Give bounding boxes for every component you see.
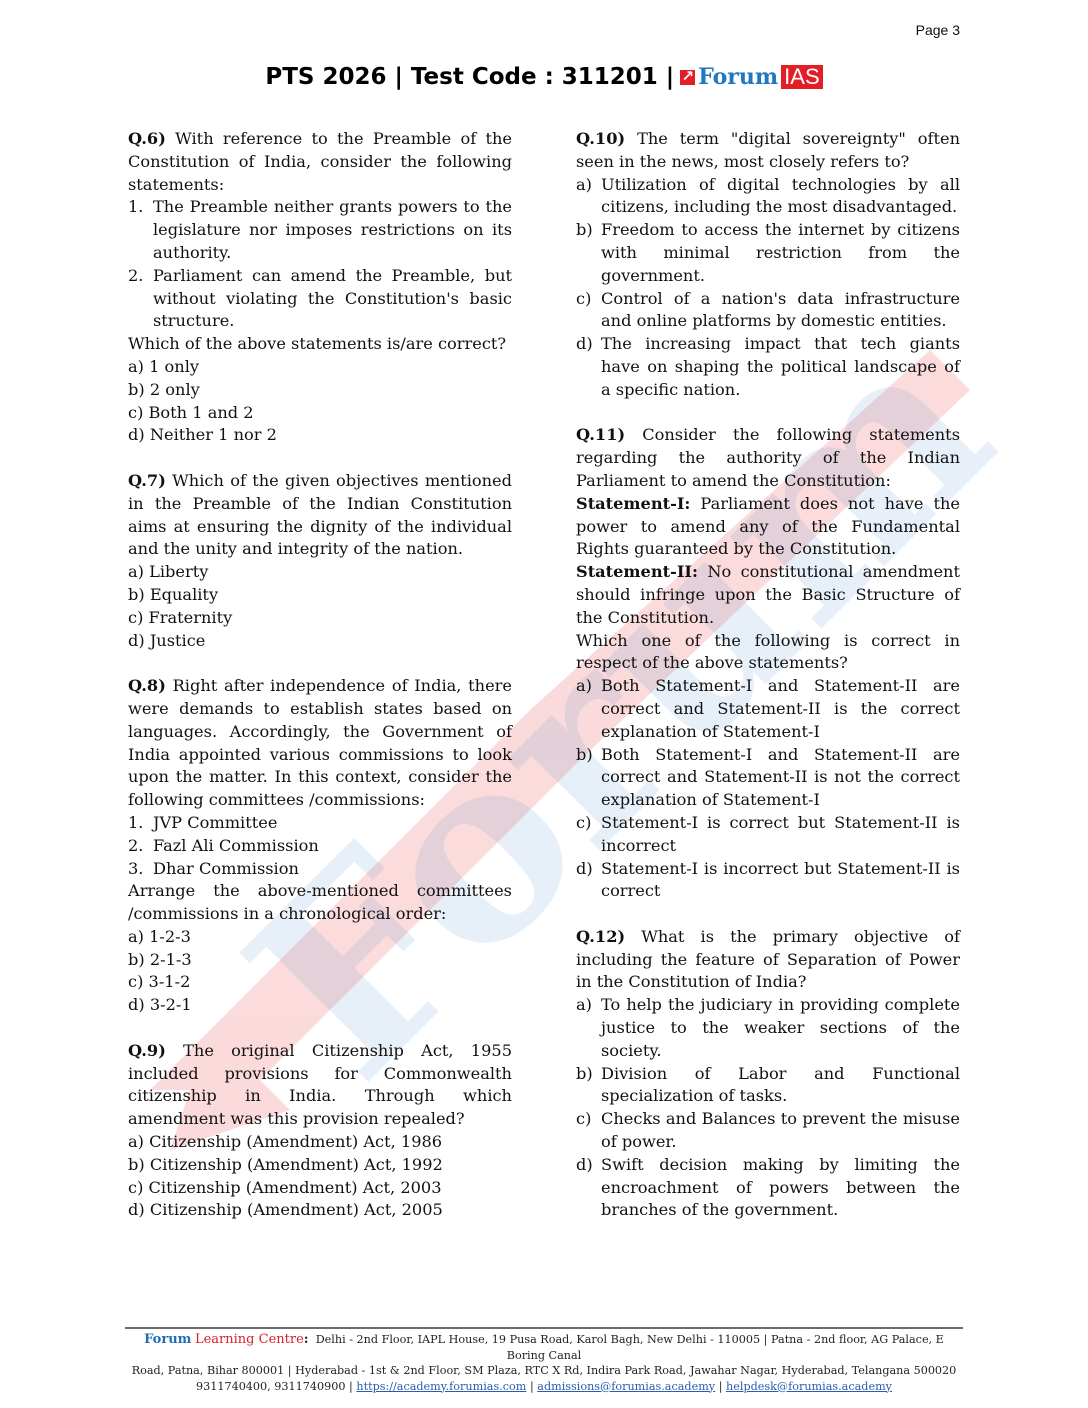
question-stem: Consider the following statements regard…	[576, 425, 960, 490]
statement-item: 2.Fazl Ali Commission	[128, 835, 512, 858]
option-d: d) 3-2-1	[128, 994, 512, 1017]
question-8: Q.8) Right after independence of India, …	[128, 675, 512, 1017]
option-a: a) 1 only	[128, 356, 512, 379]
test-title: PTS 2026 | Test Code : 311201 |	[265, 64, 674, 90]
option-d: d)Statement-I is incorrect but Statement…	[576, 858, 960, 904]
option-b: b)Division of Labor and Functional speci…	[576, 1063, 960, 1109]
option-d: d) Justice	[128, 630, 512, 653]
question-stem: The term "digital sovereignty" often see…	[576, 129, 960, 171]
helpdesk-email-link[interactable]: helpdesk@forumias.academy	[726, 1380, 892, 1393]
question-stem: Right after independence of India, there…	[128, 676, 512, 809]
question-7: Q.7) Which of the given objectives menti…	[128, 470, 512, 652]
statement-item: 3.Dhar Commission	[128, 858, 512, 881]
option-d: d)The increasing impact that tech giants…	[576, 333, 960, 401]
statement-item: 1.JVP Committee	[128, 812, 512, 835]
question-prompt: Which of the above statements is/are cor…	[128, 333, 512, 356]
option-b: b) 2-1-3	[128, 949, 512, 972]
option-c: c) Citizenship (Amendment) Act, 2003	[128, 1177, 512, 1200]
option-c: c)Control of a nation's data infrastruct…	[576, 288, 960, 334]
question-10: Q.10) The term "digital sovereignty" oft…	[576, 128, 960, 402]
forumias-logo: ForumIAS	[680, 64, 822, 90]
footer-phones: 9311740400, 9311740900	[196, 1380, 345, 1393]
logo-forum-text: Forum	[698, 64, 778, 90]
footer-address: Forum Learning Centre: Delhi - 2nd Floor…	[125, 1332, 963, 1394]
option-a: a) 1-2-3	[128, 926, 512, 949]
option-c: c) Both 1 and 2	[128, 402, 512, 425]
statement-item: 1.The Preamble neither grants powers to …	[128, 196, 512, 264]
option-c: c) Fraternity	[128, 607, 512, 630]
question-number: Q.7)	[128, 471, 166, 490]
option-a: a) Citizenship (Amendment) Act, 1986	[128, 1131, 512, 1154]
option-a: a)To help the judiciary in providing com…	[576, 994, 960, 1062]
statement-1: Statement-I: Parliament does not have th…	[576, 493, 960, 561]
option-b: b) Citizenship (Amendment) Act, 1992	[128, 1154, 512, 1177]
statement-item: 2.Parliament can amend the Preamble, but…	[128, 265, 512, 333]
option-b: b) 2 only	[128, 379, 512, 402]
question-number: Q.8)	[128, 676, 166, 695]
question-number: Q.9)	[128, 1041, 166, 1060]
option-c: c)Checks and Balances to prevent the mis…	[576, 1108, 960, 1154]
statement-2: Statement-II: No constitutional amendmen…	[576, 561, 960, 629]
page-header: PTS 2026 | Test Code : 311201 | ForumIAS	[0, 64, 1088, 90]
option-d: d)Swift decision making by limiting the …	[576, 1154, 960, 1222]
question-6: Q.6) With reference to the Preamble of t…	[128, 128, 512, 447]
website-link[interactable]: https://academy.forumias.com	[356, 1380, 526, 1393]
option-c: c)Statement-I is correct but Statement-I…	[576, 812, 960, 858]
question-9: Q.9) The original Citizenship Act, 1955 …	[128, 1040, 512, 1222]
question-stem: Which of the given objectives mentioned …	[128, 471, 512, 558]
option-b: b)Freedom to access the internet by citi…	[576, 219, 960, 287]
option-a: a)Utilization of digital technologies by…	[576, 174, 960, 220]
footer-divider	[125, 1327, 963, 1329]
left-column: Q.6) With reference to the Preamble of t…	[128, 128, 512, 1245]
option-a: a) Liberty	[128, 561, 512, 584]
question-number: Q.12)	[576, 927, 625, 946]
page-number: Page 3	[916, 22, 960, 38]
option-b: b)Both Statement-I and Statement-II are …	[576, 744, 960, 812]
question-12: Q.12) What is the primary objective of i…	[576, 926, 960, 1222]
option-d: d) Citizenship (Amendment) Act, 2005	[128, 1199, 512, 1222]
option-c: c) 3-1-2	[128, 971, 512, 994]
question-number: Q.6)	[128, 129, 166, 148]
right-column: Q.10) The term "digital sovereignty" oft…	[576, 128, 960, 1245]
question-stem: What is the primary objective of includi…	[576, 927, 960, 992]
logo-ias-text: IAS	[781, 65, 822, 89]
option-b: b) Equality	[128, 584, 512, 607]
question-11: Q.11) Consider the following statements …	[576, 424, 960, 903]
arrow-up-right-icon	[680, 70, 695, 85]
question-number: Q.11)	[576, 425, 625, 444]
option-d: d) Neither 1 nor 2	[128, 424, 512, 447]
question-number: Q.10)	[576, 129, 625, 148]
option-a: a)Both Statement-I and Statement-II are …	[576, 675, 960, 743]
admissions-email-link[interactable]: admissions@forumias.academy	[537, 1380, 715, 1393]
question-stem: With reference to the Preamble of the Co…	[128, 129, 512, 194]
page-footer: Forum Learning Centre: Delhi - 2nd Floor…	[125, 1327, 963, 1394]
question-prompt: Arrange the above-mentioned committees /…	[128, 880, 512, 926]
question-stem: The original Citizenship Act, 1955 inclu…	[128, 1041, 512, 1128]
question-prompt: Which one of the following is correct in…	[576, 630, 960, 676]
